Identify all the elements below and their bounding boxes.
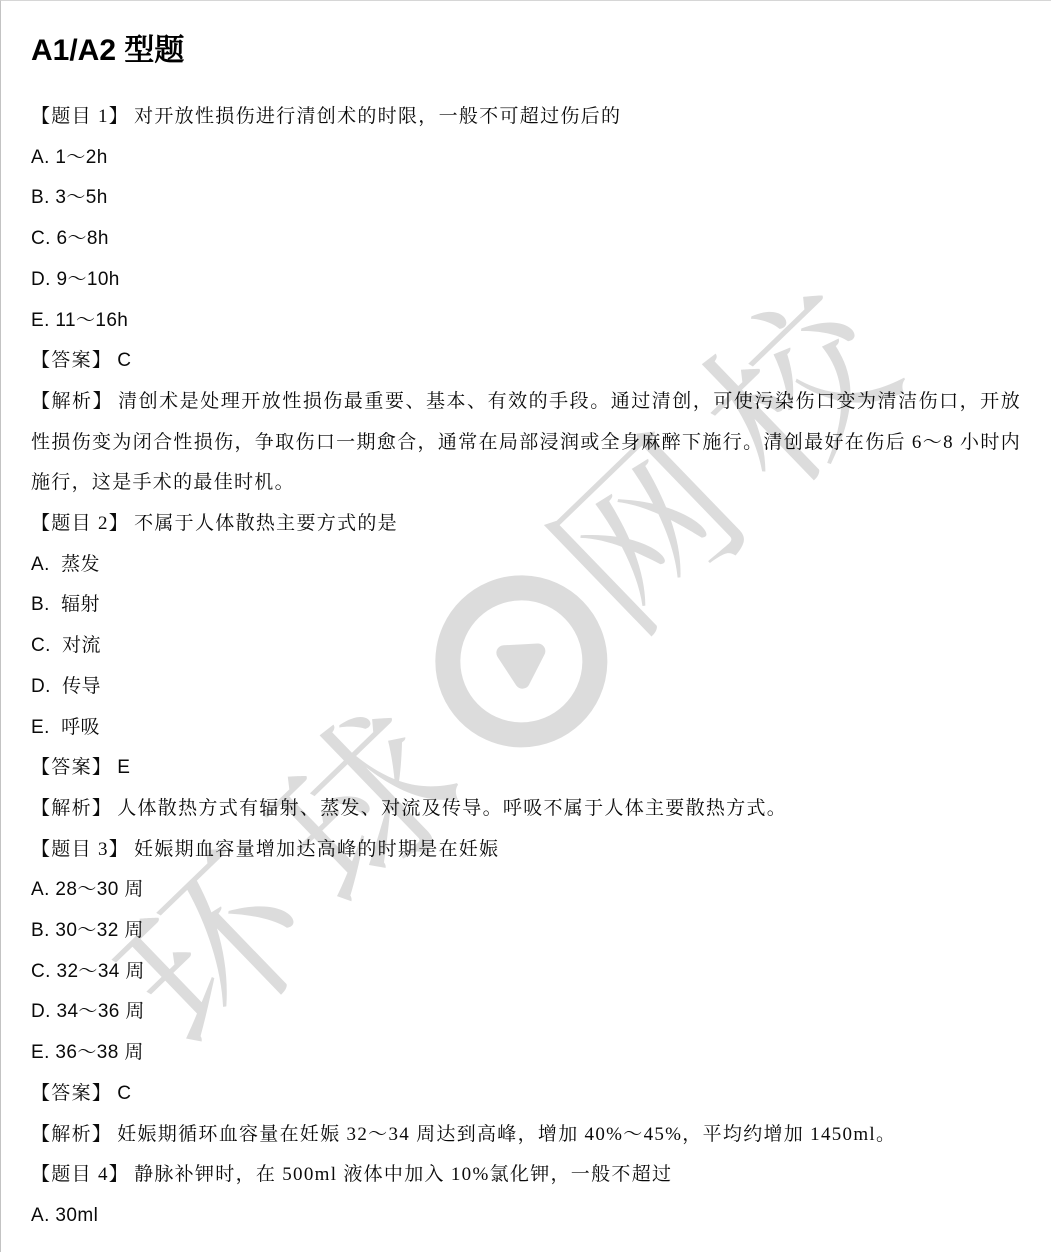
option-line: A. 蒸发: [31, 545, 1021, 586]
answer-line: 【答案】E: [31, 748, 1021, 789]
question-number-label: 【题目 3】: [31, 839, 129, 860]
question-stem: 不属于人体散热主要方式的是: [134, 513, 398, 534]
option-line: D. 34～36 周: [31, 992, 1021, 1033]
document-page: 环球 网校 A1/A2 型题 【题目 1】对开放性损伤进行清创术的时限，一般不可…: [0, 0, 1051, 1252]
analysis-text: 妊娠期循环血容量在妊娠 32～34 周达到高峰，增加 40%～45%，平均约增加…: [117, 1124, 896, 1145]
option-line: C. 6～8h: [31, 219, 1021, 260]
option-line: B. 辐射: [31, 585, 1021, 626]
page-title: A1/A2 型题: [31, 31, 1021, 71]
analysis-text: 人体散热方式有辐射、蒸发、对流及传导。呼吸不属于人体主要散热方式。: [117, 798, 787, 819]
answer-value: C: [117, 350, 131, 371]
option-line: E. 11～16h: [31, 301, 1021, 342]
question-stem-line: 【题目 1】对开放性损伤进行清创术的时限，一般不可超过伤后的: [31, 97, 1021, 138]
answer-label: 【答案】: [31, 350, 112, 371]
questions: 【题目 1】对开放性损伤进行清创术的时限，一般不可超过伤后的 A. 1～2hB.…: [31, 97, 1021, 1237]
question-stem: 对开放性损伤进行清创术的时限，一般不可超过伤后的: [134, 106, 621, 127]
analysis-label: 【解析】: [31, 798, 112, 819]
question-block: 【题目 3】妊娠期血容量增加达高峰的时期是在妊娠 A. 28～30 周B. 30…: [31, 830, 1021, 1156]
option-line: E. 呼吸: [31, 708, 1021, 749]
question-stem: 妊娠期血容量增加达高峰的时期是在妊娠: [134, 839, 499, 860]
option-line: B. 30～32 周: [31, 911, 1021, 952]
question-block: 【题目 4】静脉补钾时，在 500ml 液体中加入 10%氯化钾，一般不超过 A…: [31, 1155, 1021, 1236]
option-line: B. 3～5h: [31, 178, 1021, 219]
analysis-label: 【解析】: [31, 391, 113, 412]
question-number-label: 【题目 4】: [31, 1164, 129, 1185]
answer-line: 【答案】C: [31, 1074, 1021, 1115]
answer-label: 【答案】: [31, 1083, 112, 1104]
question-block: 【题目 2】不属于人体散热主要方式的是 A. 蒸发B. 辐射C. 对流D. 传导…: [31, 504, 1021, 830]
options-list: A. 28～30 周B. 30～32 周C. 32～34 周D. 34～36 周…: [31, 870, 1021, 1074]
answer-line: 【答案】C: [31, 341, 1021, 382]
option-line: A. 1～2h: [31, 138, 1021, 179]
analysis-paragraph: 【解析】清创术是处理开放性损伤最重要、基本、有效的手段。通过清创，可使污染伤口变…: [31, 382, 1021, 504]
option-line: D. 传导: [31, 667, 1021, 708]
analysis-paragraph: 【解析】妊娠期循环血容量在妊娠 32～34 周达到高峰，增加 40%～45%，平…: [31, 1115, 1021, 1156]
document-content: A1/A2 型题 【题目 1】对开放性损伤进行清创术的时限，一般不可超过伤后的 …: [1, 31, 1051, 1237]
answer-value: C: [117, 1083, 131, 1104]
option-line: A. 30ml: [31, 1196, 1021, 1237]
answer-label: 【答案】: [31, 757, 112, 778]
analysis-paragraph: 【解析】人体散热方式有辐射、蒸发、对流及传导。呼吸不属于人体主要散热方式。: [31, 789, 1021, 830]
options-list: A. 1～2hB. 3～5hC. 6～8hD. 9～10hE. 11～16h: [31, 138, 1021, 342]
question-block: 【题目 1】对开放性损伤进行清创术的时限，一般不可超过伤后的 A. 1～2hB.…: [31, 97, 1021, 504]
analysis-text: 清创术是处理开放性损伤最重要、基本、有效的手段。通过清创，可使污染伤口变为清洁伤…: [31, 391, 1021, 493]
question-stem-line: 【题目 3】妊娠期血容量增加达高峰的时期是在妊娠: [31, 830, 1021, 871]
question-stem: 静脉补钾时，在 500ml 液体中加入 10%氯化钾，一般不超过: [134, 1164, 672, 1185]
question-number-label: 【题目 1】: [31, 106, 129, 127]
options-list: A. 蒸发B. 辐射C. 对流D. 传导E. 呼吸: [31, 545, 1021, 749]
answer-value: E: [117, 757, 130, 778]
question-stem-line: 【题目 4】静脉补钾时，在 500ml 液体中加入 10%氯化钾，一般不超过: [31, 1155, 1021, 1196]
options-list: A. 30ml: [31, 1196, 1021, 1237]
option-line: D. 9～10h: [31, 260, 1021, 301]
option-line: E. 36～38 周: [31, 1033, 1021, 1074]
question-number-label: 【题目 2】: [31, 513, 129, 534]
option-line: A. 28～30 周: [31, 870, 1021, 911]
option-line: C. 32～34 周: [31, 952, 1021, 993]
option-line: C. 对流: [31, 626, 1021, 667]
analysis-label: 【解析】: [31, 1124, 112, 1145]
question-stem-line: 【题目 2】不属于人体散热主要方式的是: [31, 504, 1021, 545]
